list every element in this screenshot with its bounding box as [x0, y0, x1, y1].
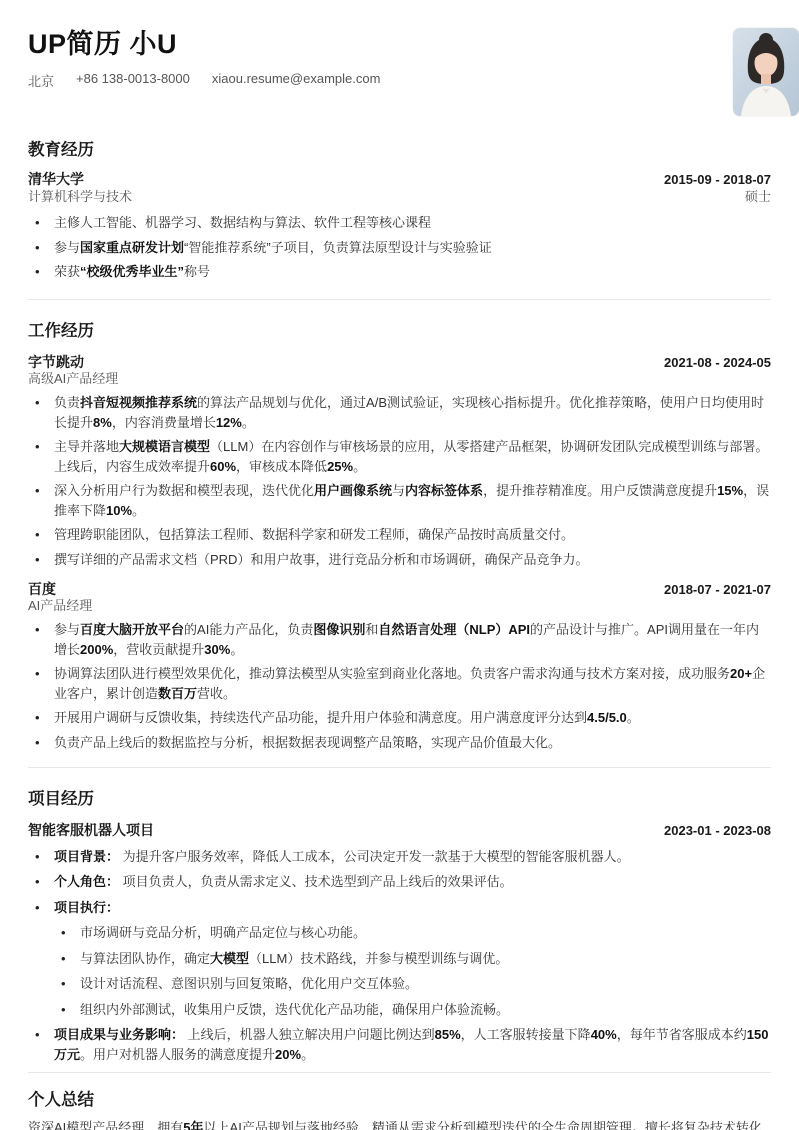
education-sub-row: 计算机科学与技术 硕士	[28, 189, 771, 206]
resume-page: UP简历 小U 北京 +86 138-0013-8000 xiaou.resum…	[0, 0, 799, 1130]
job-date: 2021-08 - 2024-05	[664, 355, 771, 370]
resume-header: UP简历 小U 北京 +86 138-0013-8000 xiaou.resum…	[28, 0, 771, 90]
sub-bullet-list: 市场调研与竞品分析，明确产品定位与核心功能。与算法团队协作，确定大模型（LLM）…	[54, 923, 771, 1019]
bullet-item: 负责产品上线后的数据监控与分析，根据数据表现调整产品策略，实现产品价值最大化。	[28, 733, 771, 753]
bullet-item: 个人角色： 项目负责人，负责从需求定义、技术选型到产品上线后的效果评估。	[28, 872, 771, 892]
job-role: 高级AI产品经理	[28, 371, 771, 388]
bullet-item: 协调算法团队进行模型效果优化，推动算法模型从实验室到商业化落地。负责客户需求沟通…	[28, 664, 771, 703]
education-bullet-list: 主修人工智能、机器学习、数据结构与算法、软件工程等核心课程参与国家重点研发计划“…	[28, 213, 771, 282]
bullet-item: 主导并落地大规模语言模型（LLM）在内容创作与审核场景的应用，从零搭建产品框架，…	[28, 437, 771, 476]
sub-bullet-item: 设计对话流程、意图识别与回复策略，优化用户交互体验。	[54, 974, 771, 994]
job-role: AI产品经理	[28, 598, 771, 615]
section-title-summary: 个人总结	[28, 1089, 771, 1111]
job-list: 字节跳动 2021-08 - 2024-05 高级AI产品经理 负责抖音短视频推…	[28, 353, 771, 752]
bullet-item: 项目背景： 为提升客户服务效率，降低人工成本，公司决定开发一款基于大模型的智能客…	[28, 847, 771, 867]
bullet-item: 荣获“校级优秀毕业生”称号	[28, 262, 771, 282]
bullet-item: 管理跨职能团队，包括算法工程师、数据科学家和研发工程师，确保产品按时高质量交付。	[28, 525, 771, 545]
contact-location: 北京	[28, 71, 54, 90]
bullet-item: 负责抖音短视频推荐系统的算法产品规划与优化，通过A/B测试验证，实现核心指标提升…	[28, 393, 771, 432]
education-date: 2015-09 - 2018-07	[664, 172, 771, 187]
job-bullet-list: 负责抖音短视频推荐系统的算法产品规划与优化，通过A/B测试验证，实现核心指标提升…	[28, 393, 771, 569]
bullet-item: 深入分析用户行为数据和模型表现，迭代优化用户画像系统与内容标签体系，提升推荐精准…	[28, 481, 771, 520]
company-name: 百度	[28, 580, 56, 598]
contact-email: xiaou.resume@example.com	[212, 71, 381, 90]
job-block: 字节跳动 2021-08 - 2024-05 高级AI产品经理 负责抖音短视频推…	[28, 353, 771, 569]
section-divider	[28, 299, 771, 300]
job-date: 2018-07 - 2021-07	[664, 582, 771, 597]
job-block: 百度 2018-07 - 2021-07 AI产品经理 参与百度大脑开放平台的A…	[28, 580, 771, 752]
bullet-item: 开展用户调研与反馈收集，持续迭代产品功能，提升用户体验和满意度。用户满意度评分达…	[28, 708, 771, 728]
section-divider	[28, 767, 771, 768]
education-degree: 硕士	[745, 189, 771, 206]
project-block: 智能客服机器人项目 2023-01 - 2023-08 项目背景： 为提升客户服…	[28, 821, 771, 1065]
bullet-item: 参与国家重点研发计划“智能推荐系统”子项目，负责算法原型设计与实验验证	[28, 238, 771, 258]
school-name: 清华大学	[28, 170, 84, 188]
bullet-item: 项目执行：市场调研与竞品分析，明确产品定位与核心功能。与算法团队协作，确定大模型…	[28, 898, 771, 1020]
section-title-education: 教育经历	[28, 139, 771, 161]
candidate-name: UP简历 小U	[28, 27, 771, 62]
project-list: 智能客服机器人项目 2023-01 - 2023-08 项目背景： 为提升客户服…	[28, 821, 771, 1065]
profile-photo	[733, 28, 799, 116]
bullet-item: 主修人工智能、机器学习、数据结构与算法、软件工程等核心课程	[28, 213, 771, 233]
section-title-work: 工作经历	[28, 320, 771, 342]
bullet-item: 撰写详细的产品需求文档（PRD）和用户故事，进行竞品分析和市场调研，确保产品竞争…	[28, 550, 771, 570]
project-head-row: 智能客服机器人项目 2023-01 - 2023-08	[28, 821, 771, 839]
bullet-item: 参与百度大脑开放平台的AI能力产品化，负责图像识别和自然语言处理（NLP）API…	[28, 620, 771, 659]
job-head-row: 百度 2018-07 - 2021-07	[28, 580, 771, 598]
sub-bullet-item: 组织内外部测试，收集用户反馈，迭代优化产品功能，确保用户体验流畅。	[54, 1000, 771, 1020]
sub-bullet-item: 市场调研与竞品分析，明确产品定位与核心功能。	[54, 923, 771, 943]
id-photo-illustration	[733, 28, 799, 116]
contact-phone: +86 138-0013-8000	[76, 71, 190, 90]
bullet-item: 项目成果与业务影响： 上线后，机器人独立解决用户问题比例达到85%，人工客服转接…	[28, 1025, 771, 1064]
project-name: 智能客服机器人项目	[28, 821, 154, 839]
job-head-row: 字节跳动 2021-08 - 2024-05	[28, 353, 771, 371]
summary-paragraph: 资深AI模型产品经理，拥有5年以上AI产品规划与落地经验，精通从需求分析到模型迭…	[28, 1118, 771, 1130]
education-major: 计算机科学与技术	[28, 189, 132, 206]
education-head-row: 清华大学 2015-09 - 2018-07	[28, 170, 771, 188]
section-divider	[28, 1072, 771, 1073]
company-name: 字节跳动	[28, 353, 84, 371]
contact-row: 北京 +86 138-0013-8000 xiaou.resume@exampl…	[28, 71, 771, 90]
sub-bullet-item: 与算法团队协作，确定大模型（LLM）技术路线，并参与模型训练与调优。	[54, 949, 771, 969]
project-bullet-list: 项目背景： 为提升客户服务效率，降低人工成本，公司决定开发一款基于大模型的智能客…	[28, 847, 771, 1065]
section-title-projects: 项目经历	[28, 788, 771, 810]
job-bullet-list: 参与百度大脑开放平台的AI能力产品化，负责图像识别和自然语言处理（NLP）API…	[28, 620, 771, 752]
project-date: 2023-01 - 2023-08	[664, 823, 771, 838]
